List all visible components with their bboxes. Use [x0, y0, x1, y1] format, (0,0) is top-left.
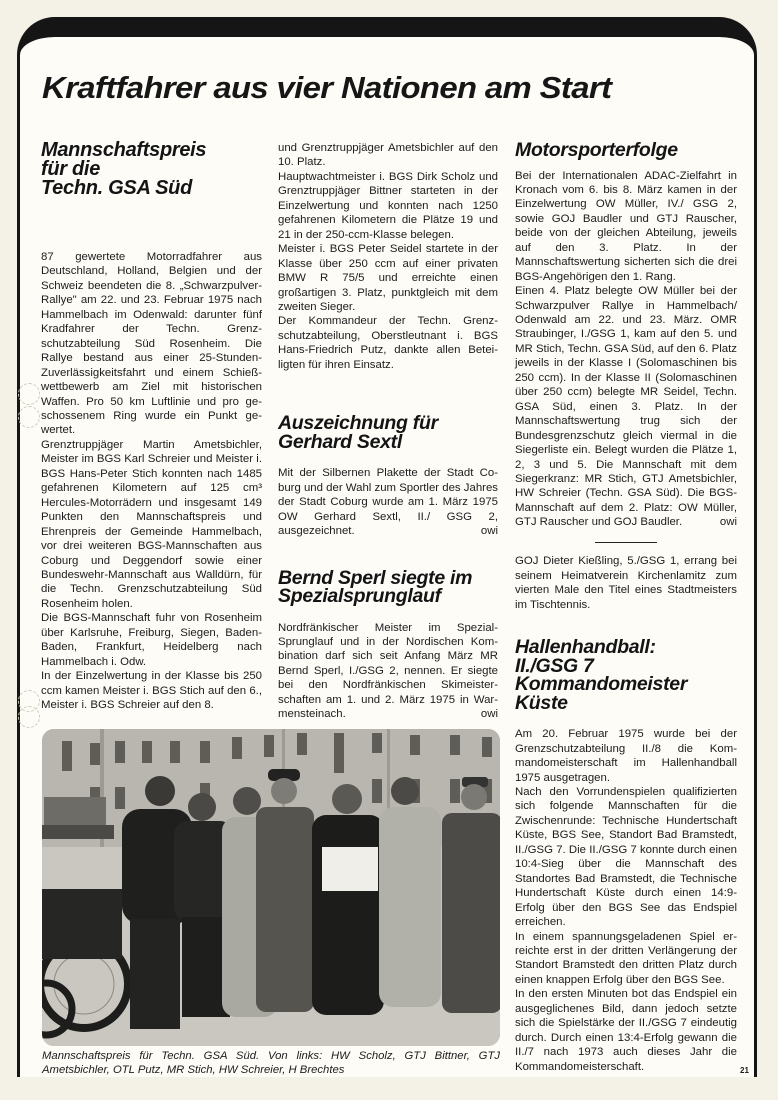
section-divider [595, 542, 657, 544]
paragraph: Hauptwachtmeister i. BGS Dirk Scholz und… [278, 170, 498, 242]
column-2: und Grenztruppjäger Ametsbichler auf den… [278, 141, 498, 722]
page-number: 21 [740, 1066, 749, 1075]
punch-hole-mark [18, 383, 40, 405]
paragraph: Am 20. Februar 1975 wurde bei der Grenzs… [515, 727, 737, 785]
paragraph: Grenztruppjäger Martin Ametsbichler, Mei… [41, 438, 262, 611]
paragraph: In einem spannungsgeladenen Spiel er­rei… [515, 930, 737, 988]
headline-hallenhandball: Hallenhandball: II./GSG 7 Kommandomeiste… [515, 638, 737, 712]
paragraph: In den ersten Minuten bot das Endspiel e… [515, 987, 737, 1074]
group-photo [42, 729, 500, 1046]
headline-auszeichnung: Auszeichnung für Gerhard Sextl [278, 414, 498, 451]
headline-motorsport: Motorsporterfolge [515, 141, 737, 160]
punch-hole-mark [18, 706, 40, 728]
headline-mannschaftspreis: Mannschaftspreis für die Techn. GSA Süd [41, 141, 262, 198]
paragraph: 87 gewertete Motorradfahrer aus Deutschl… [41, 250, 262, 438]
column-3: Motorsporterfolge Bei der Internationale… [515, 141, 737, 1074]
paragraph: Nach den Vorrundenspielen qualifizier­te… [515, 785, 737, 930]
paragraph: Die BGS-Mannschaft fuhr von Rosen­heim ü… [41, 611, 262, 669]
paragraph: Der Kommandeur der Techn. Grenz­schutzab… [278, 314, 498, 372]
group-photo-illustration [42, 729, 500, 1046]
page-title: Kraftfahrer aus vier Nationen am Start [42, 70, 611, 106]
paragraph: GOJ Dieter Kießling, 5./GSG 1, errang be… [515, 554, 737, 612]
punch-hole-mark [18, 406, 40, 428]
headline-sperl: Bernd Sperl siegte im Spezialsprunglauf [278, 569, 498, 606]
paragraph: Meister i. BGS Peter Seidel startete in … [278, 242, 498, 314]
paragraph: In der Einzelwertung in der Klasse bis 2… [41, 669, 262, 712]
paragraph: und Grenztruppjäger Ametsbichler auf den… [278, 141, 498, 170]
paragraph: Nordfränkischer Meister im Spezial-Sprun… [278, 621, 498, 722]
paragraph: Bei der Internationalen ADAC-Zielfahrt i… [515, 169, 737, 285]
photo-caption: Mannschaftspreis für Techn. GSA Süd. Von… [42, 1049, 500, 1077]
column-1: Mannschaftspreis für die Techn. GSA Süd … [41, 141, 262, 713]
paragraph: Einen 4. Platz belegte OW Müller bei der… [515, 284, 737, 530]
